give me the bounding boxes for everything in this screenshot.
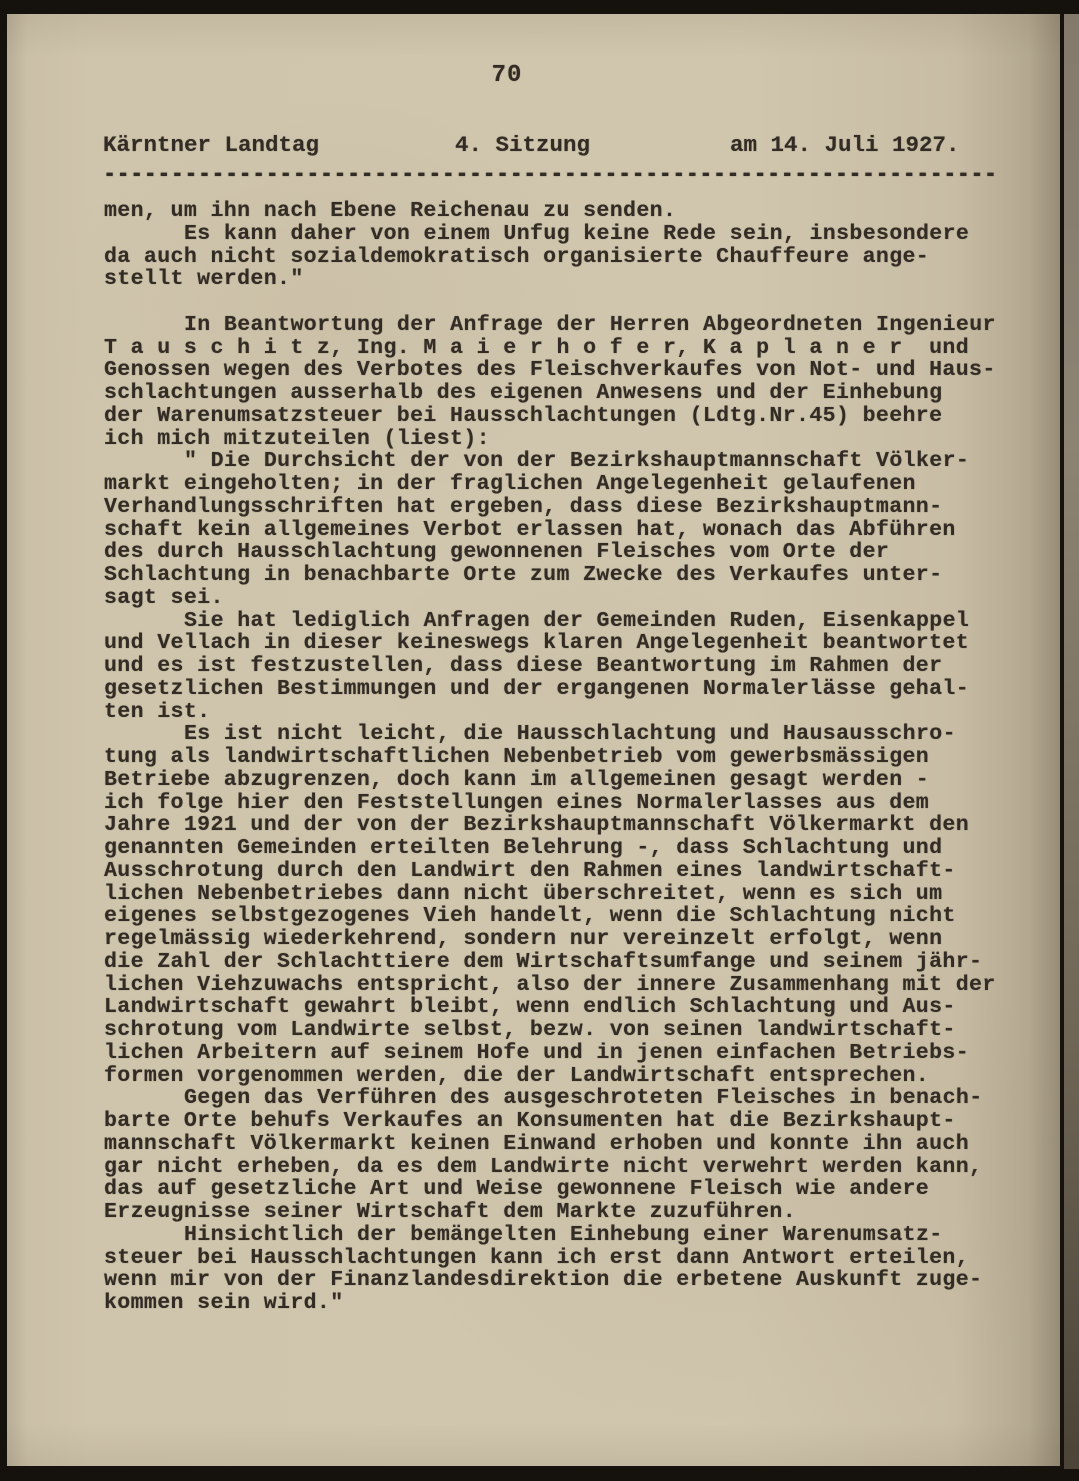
text-line: da auch nicht sozialdemokratisch organis… bbox=[104, 246, 1014, 269]
text-line: formen vorgenommen werden, die der Landw… bbox=[104, 1065, 1014, 1088]
text-line: Schlachtung in benachbarte Orte zum Zwec… bbox=[104, 564, 1014, 587]
text-line: schrotung vom Landwirte selbst, bezw. vo… bbox=[104, 1019, 1014, 1042]
text-line: regelmässig wiederkehrend, sondern nur v… bbox=[104, 928, 1014, 951]
text-line: ten ist. bbox=[104, 701, 1014, 724]
text-line: Betriebe abzugrenzen, doch kann im allge… bbox=[104, 769, 1014, 792]
scan-border-bottom bbox=[0, 1469, 1079, 1481]
text-line: das auf gesetzliche Art und Weise gewonn… bbox=[104, 1178, 1014, 1201]
text-line: gar nicht erheben, da es dem Landwirte n… bbox=[104, 1156, 1014, 1179]
text-line: ich folge hier den Feststellungen eines … bbox=[104, 792, 1014, 815]
text-line: lichen Arbeitern auf seinem Hofe und in … bbox=[104, 1042, 1014, 1065]
text-line: eigenes selbstgezogenes Vieh handelt, we… bbox=[104, 905, 1014, 928]
header-title: Kärntner Landtag bbox=[103, 132, 319, 158]
text-line: Landwirtschaft gewahrt bleibt, wenn endl… bbox=[104, 996, 1014, 1019]
document-body: men, um ihn nach Ebene Reichenau zu send… bbox=[104, 200, 1014, 1315]
text-line: kommen sein wird." bbox=[104, 1292, 1014, 1315]
text-line: tung als landwirtschaftlichen Nebenbetri… bbox=[104, 746, 1014, 769]
text-line: " Die Durchsicht der von der Bezirkshaup… bbox=[104, 450, 1014, 473]
paragraph: Es ist nicht leicht, die Hausschlachtung… bbox=[104, 723, 1014, 1087]
text-line: T a u s c h i t z, Ing. M a i e r h o f … bbox=[104, 337, 1014, 360]
scan-border-top bbox=[0, 0, 1079, 14]
text-line: Gegen das Verführen des ausgeschroteten … bbox=[104, 1087, 1014, 1110]
text-line: In Beantwortung der Anfrage der Herren A… bbox=[104, 314, 1014, 337]
paragraph: Es kann daher von einem Unfug keine Rede… bbox=[104, 223, 1014, 291]
paragraph: Gegen das Verführen des ausgeschroteten … bbox=[104, 1087, 1014, 1224]
text-line: steuer bei Hausschlachtungen kann ich er… bbox=[104, 1247, 1014, 1270]
header-date: am 14. Juli 1927. bbox=[730, 132, 960, 158]
text-line: schaft kein allgemeines Verbot erlassen … bbox=[104, 519, 1014, 542]
header-session: 4. Sitzung bbox=[455, 132, 590, 158]
text-line: lichen Viehzuwachs entspricht, also der … bbox=[104, 974, 1014, 997]
text-line: Verhandlungsschriften hat ergeben, dass … bbox=[104, 496, 1014, 519]
text-line: genannten Gemeinden erteilten Belehrung … bbox=[104, 837, 1014, 860]
text-line: der Warenumsatzsteuer bei Hausschlachtun… bbox=[104, 405, 1014, 428]
text-line: sagt sei. bbox=[104, 587, 1014, 610]
text-line: Jahre 1921 und der von der Bezirkshauptm… bbox=[104, 814, 1014, 837]
text-line: lichen Nebenbetriebes dann nicht übersch… bbox=[104, 883, 1014, 906]
paragraph: Hinsichtlich der bemängelten Einhebung e… bbox=[104, 1224, 1014, 1315]
text-line: wenn mir von der Finanzlandesdirektion d… bbox=[104, 1269, 1014, 1292]
book-binding-edge bbox=[1064, 0, 1079, 1481]
text-line: men, um ihn nach Ebene Reichenau zu send… bbox=[104, 200, 1014, 223]
text-line: Hinsichtlich der bemängelten Einhebung e… bbox=[104, 1224, 1014, 1247]
paragraph: men, um ihn nach Ebene Reichenau zu send… bbox=[104, 200, 1014, 223]
text-line: des durch Hausschlachtung gewonnenen Fle… bbox=[104, 541, 1014, 564]
text-line: schlachtungen ausserhalb des eigenen Anw… bbox=[104, 382, 1014, 405]
text-line: Es ist nicht leicht, die Hausschlachtung… bbox=[104, 723, 1014, 746]
text-line: und Vellach in dieser keineswegs klaren … bbox=[104, 632, 1014, 655]
text-line: Sie hat lediglich Anfragen der Gemeinden… bbox=[104, 610, 1014, 633]
paragraph: In Beantwortung der Anfrage der Herren A… bbox=[104, 314, 1014, 451]
text-line: Erzeugnisse seiner Wirtschaft dem Markte… bbox=[104, 1201, 1014, 1224]
text-line: stellt werden." bbox=[104, 268, 1014, 291]
scan-border-left bbox=[0, 0, 7, 1481]
text-line: markt eingeholten; in der fraglichen Ang… bbox=[104, 473, 1014, 496]
text-line: mannschaft Völkermarkt keinen Einwand er… bbox=[104, 1133, 1014, 1156]
header-separator-rule: ----------------------------------------… bbox=[103, 159, 998, 190]
paragraph: Sie hat lediglich Anfragen der Gemeinden… bbox=[104, 610, 1014, 724]
page-number: 70 bbox=[7, 62, 1007, 89]
scanned-document: 70 Kärntner Landtag 4. Sitzung am 14. Ju… bbox=[0, 0, 1079, 1481]
text-line: Genossen wegen des Verbotes des Fleischv… bbox=[104, 359, 1014, 382]
text-line: gesetzlichen Bestimmungen und der ergang… bbox=[104, 678, 1014, 701]
text-line: Es kann daher von einem Unfug keine Rede… bbox=[104, 223, 1014, 246]
paragraph: " Die Durchsicht der von der Bezirkshaup… bbox=[104, 450, 1014, 609]
text-line: ich mich mitzuteilen (liest): bbox=[104, 428, 1014, 451]
text-line: und es ist festzustellen, dass diese Bea… bbox=[104, 655, 1014, 678]
document-page: 70 Kärntner Landtag 4. Sitzung am 14. Ju… bbox=[7, 14, 1060, 1466]
text-line: Ausschrotung durch den Landwirt den Rahm… bbox=[104, 860, 1014, 883]
text-line: barte Orte behufs Verkaufes an Konsument… bbox=[104, 1110, 1014, 1133]
text-line: die Zahl der Schlachttiere dem Wirtschaf… bbox=[104, 951, 1014, 974]
